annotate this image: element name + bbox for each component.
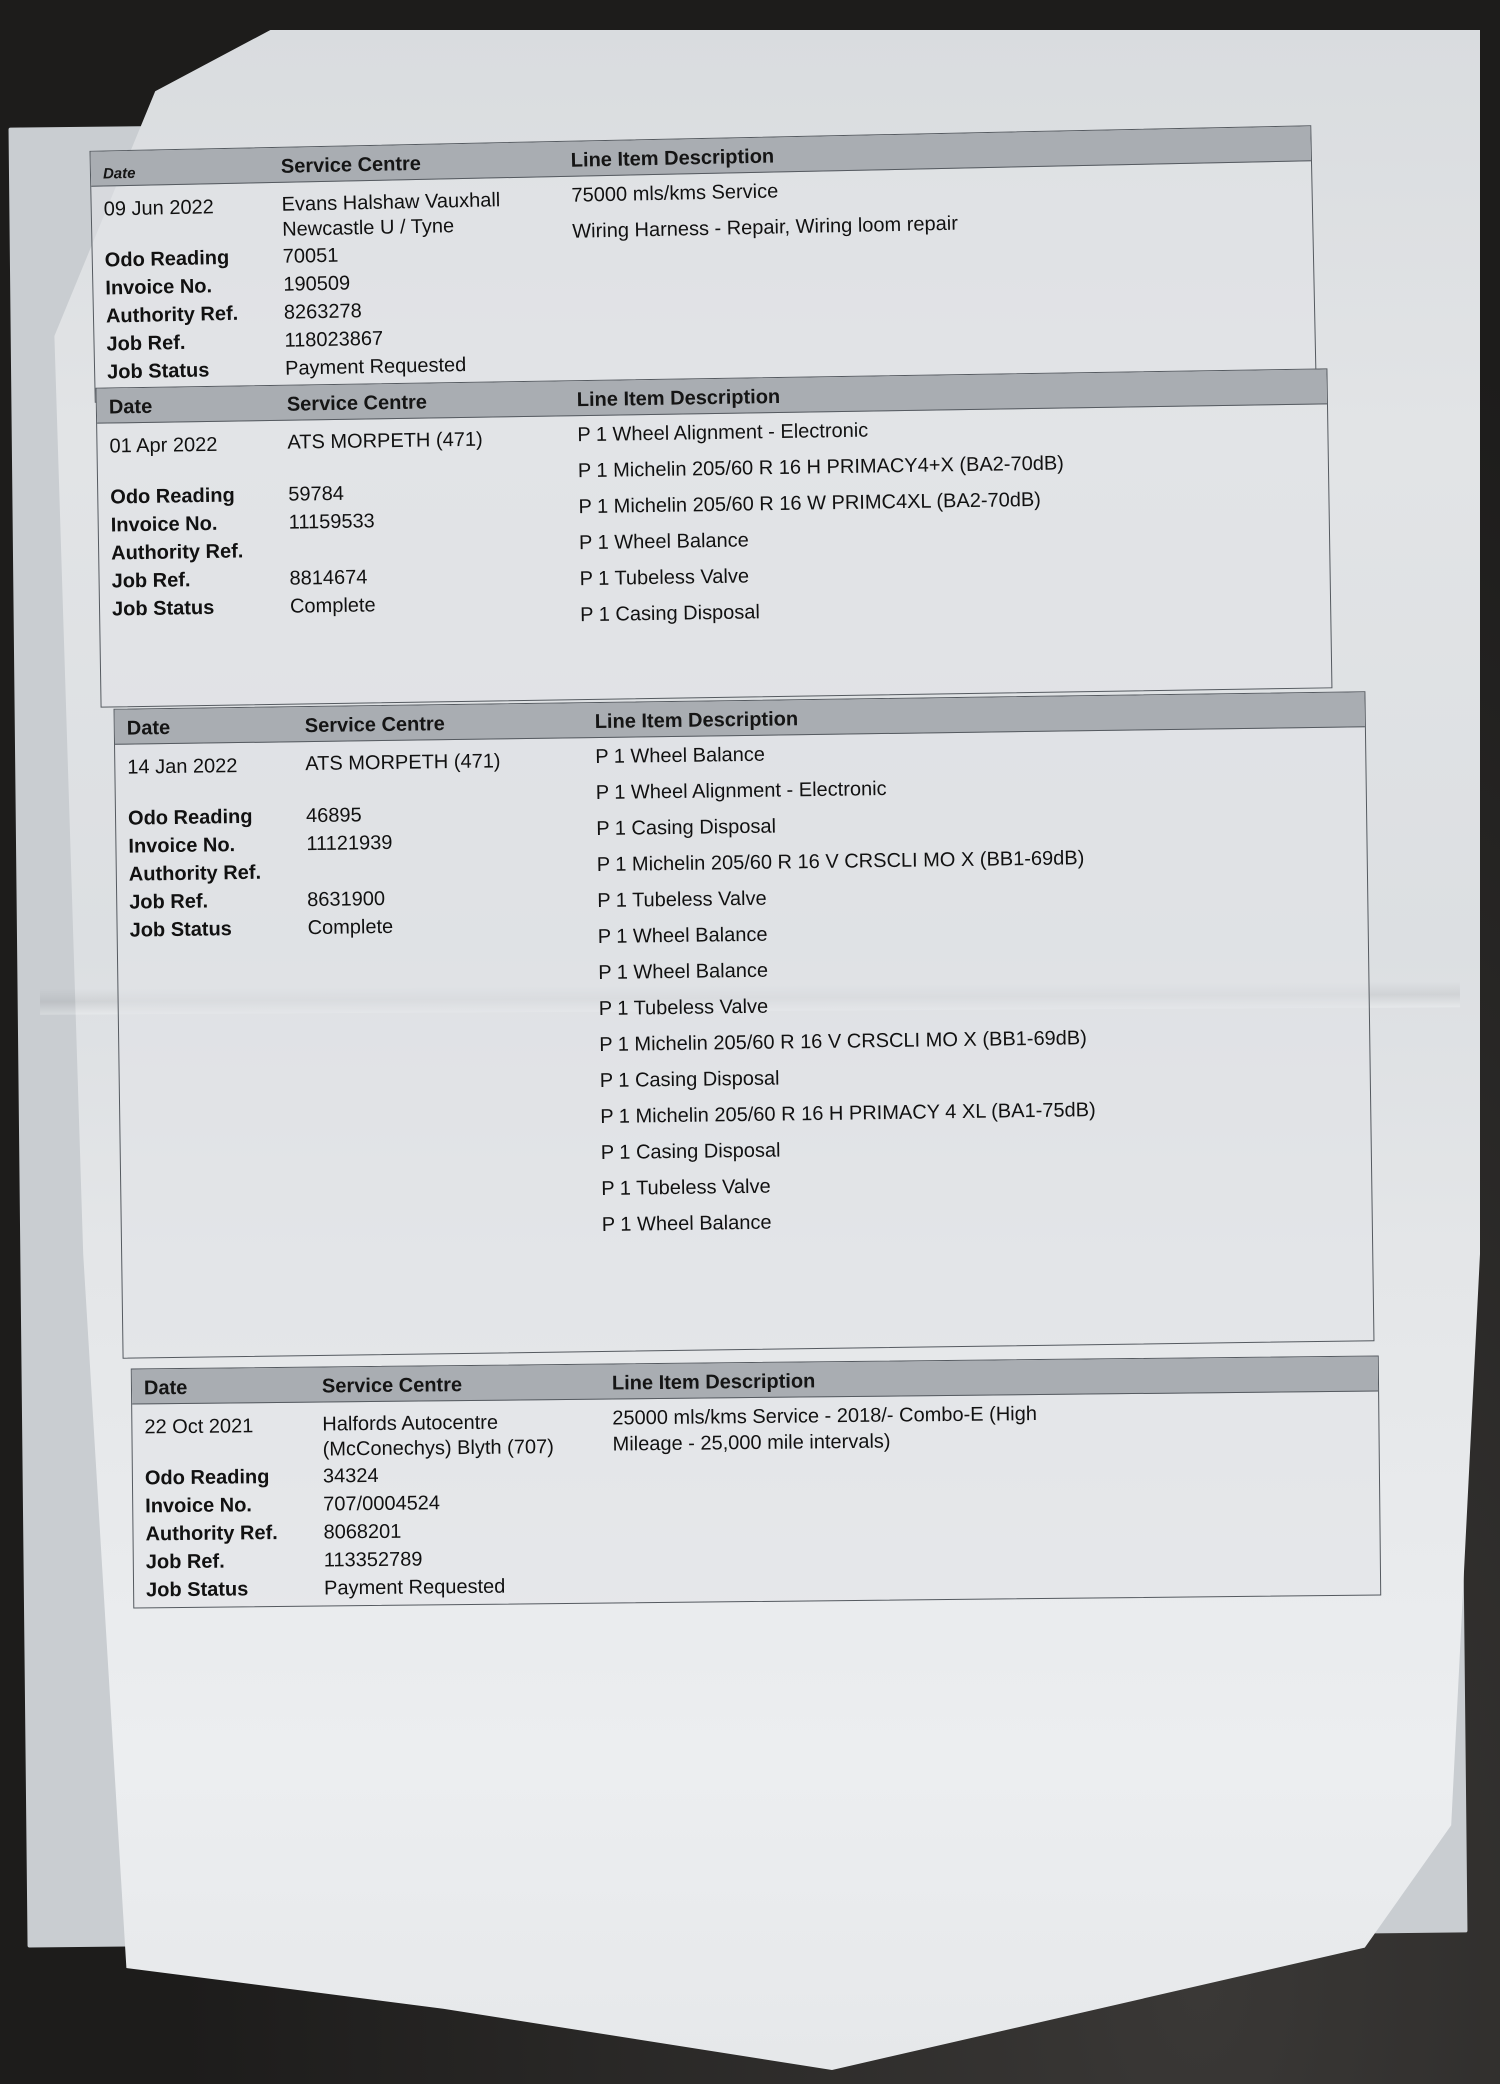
header-line-item-description: Line Item Description xyxy=(571,145,775,172)
record-date: 01 Apr 2022 xyxy=(109,434,217,459)
field-label: Job Status xyxy=(146,1577,324,1602)
record-service-centre: Evans Halshaw Vauxhall Newcastle U / Tyn… xyxy=(281,187,562,243)
field-value: 46895 xyxy=(306,804,362,828)
record-fields: Odo Reading59784 Invoice No.11159533 Aut… xyxy=(110,479,376,623)
line-item: P 1 Tubeless Valve xyxy=(601,1169,1101,1202)
line-item: 75000 mls/kms Service xyxy=(571,172,1071,208)
header-date: Date xyxy=(103,165,136,183)
record-fields: Odo Reading70051 Invoice No.190509 Autho… xyxy=(105,239,467,386)
service-record: Date Service Centre Line Item Descriptio… xyxy=(96,368,1333,707)
field-job-ref: Job Ref.113352789 xyxy=(146,1545,506,1577)
line-items: 25000 mls/kms Service - 2018/- Combo-E (… xyxy=(612,1400,1093,1467)
field-label: Odo Reading xyxy=(105,245,283,272)
record-date: 09 Jun 2022 xyxy=(103,196,214,221)
field-odo-reading: Odo Reading59784 xyxy=(110,479,374,511)
service-record: Date Service Centre Line Item Descriptio… xyxy=(114,691,1375,1358)
field-value: 11159533 xyxy=(289,510,375,534)
field-value: 11121939 xyxy=(306,831,392,855)
record-fields: Odo Reading34324 Invoice No.707/0004524 … xyxy=(145,1461,506,1605)
field-job-status: Job StatusComplete xyxy=(129,913,393,945)
field-job-status: Job StatusComplete xyxy=(112,591,376,623)
line-item: P 1 Michelin 205/60 R 16 H PRIMACY4+X (B… xyxy=(578,450,1078,484)
service-record: Date Service Centre Line Item Descriptio… xyxy=(89,125,1316,403)
field-label: Authority Ref. xyxy=(129,861,307,886)
field-invoice-no: Invoice No.11121939 xyxy=(128,829,392,861)
field-odo-reading: Odo Reading34324 xyxy=(145,1461,505,1493)
line-item: Wiring Harness - Repair, Wiring loom rep… xyxy=(572,208,1072,244)
line-item: P 1 Michelin 205/60 R 16 V CRSCLI MO X (… xyxy=(599,1025,1099,1058)
field-label: Job Status xyxy=(129,917,307,942)
header-service-centre: Service Centre xyxy=(305,713,445,738)
field-authority-ref: Authority Ref. xyxy=(129,857,393,889)
line-item: P 1 Wheel Balance xyxy=(598,953,1098,986)
field-label: Job Ref. xyxy=(106,329,284,356)
field-job-ref: Job Ref.8631900 xyxy=(129,885,393,917)
record-service-centre: ATS MORPETH (471) xyxy=(287,426,567,455)
field-value: 34324 xyxy=(323,1464,379,1488)
field-value: 8068201 xyxy=(323,1520,401,1544)
header-line-item-description: Line Item Description xyxy=(577,386,781,412)
line-item: P 1 Michelin 205/60 R 16 H PRIMACY 4 XL … xyxy=(600,1097,1100,1130)
field-label: Job Status xyxy=(107,357,285,384)
line-item: P 1 Michelin 205/60 R 16 W PRIMC4XL (BA2… xyxy=(578,486,1078,520)
line-item: P 1 Wheel Alignment - Electronic xyxy=(596,773,1096,806)
field-label: Authority Ref. xyxy=(111,539,289,565)
field-job-ref: Job Ref.8814674 xyxy=(111,563,375,595)
line-items: P 1 Wheel Alignment - ElectronicP 1 Mich… xyxy=(577,414,1080,638)
line-items: P 1 Wheel BalanceP 1 Wheel Alignment - E… xyxy=(595,737,1102,1248)
line-item: P 1 Tubeless Valve xyxy=(599,989,1099,1022)
record-service-centre: Halfords Autocentre (McConechys) Blyth (… xyxy=(322,1410,603,1463)
field-value: 8631900 xyxy=(307,888,385,912)
header-date: Date xyxy=(144,1377,188,1400)
field-label: Invoice No. xyxy=(105,273,283,300)
field-odo-reading: Odo Reading46895 xyxy=(128,801,392,833)
field-label: Odo Reading xyxy=(128,805,306,830)
field-label: Invoice No. xyxy=(128,833,306,858)
field-label: Authority Ref. xyxy=(106,301,284,328)
field-label: Odo Reading xyxy=(110,483,288,509)
field-value: 70051 xyxy=(283,244,339,268)
line-item: P 1 Wheel Balance xyxy=(595,737,1095,770)
line-item: P 1 Casing Disposal xyxy=(580,594,1080,628)
field-invoice-no: Invoice No.11159533 xyxy=(111,507,375,539)
field-job-status: Job StatusPayment Requested xyxy=(146,1573,506,1605)
line-item: P 1 Wheel Alignment - Electronic xyxy=(577,414,1077,448)
field-label: Odo Reading xyxy=(145,1465,323,1490)
line-item: P 1 Casing Disposal xyxy=(601,1133,1101,1166)
header-date: Date xyxy=(109,396,153,420)
field-label: Invoice No. xyxy=(145,1493,323,1518)
field-value: 8814674 xyxy=(289,566,367,590)
line-item: P 1 Casing Disposal xyxy=(600,1061,1100,1094)
line-item: 25000 mls/kms Service - 2018/- Combo-E (… xyxy=(612,1400,1093,1457)
field-label: Job Ref. xyxy=(146,1549,324,1574)
header-service-centre: Service Centre xyxy=(281,153,422,179)
field-invoice-no: Invoice No.707/0004524 xyxy=(145,1489,505,1521)
field-value: 190509 xyxy=(283,272,350,296)
line-item: P 1 Wheel Balance xyxy=(602,1205,1102,1238)
header-line-item-description: Line Item Description xyxy=(612,1370,816,1395)
line-item: P 1 Wheel Balance xyxy=(598,917,1098,950)
field-label: Job Ref. xyxy=(111,567,289,593)
record-date: 14 Jan 2022 xyxy=(127,755,237,780)
line-item: P 1 Tubeless Valve xyxy=(579,558,1079,592)
field-value: Payment Requested xyxy=(324,1575,505,1600)
field-value: 118023867 xyxy=(284,327,383,352)
field-value: Complete xyxy=(307,915,393,939)
field-label: Job Ref. xyxy=(129,889,307,914)
field-value: Complete xyxy=(290,594,376,618)
field-value: 59784 xyxy=(288,482,344,506)
line-items: 75000 mls/kms ServiceWiring Harness - Re… xyxy=(571,172,1072,254)
header-service-centre: Service Centre xyxy=(322,1374,462,1398)
field-value: 707/0004524 xyxy=(323,1492,440,1516)
header-line-item-description: Line Item Description xyxy=(595,708,799,734)
field-authority-ref: Authority Ref. xyxy=(111,535,375,567)
field-label: Job Status xyxy=(112,595,290,621)
record-date: 22 Oct 2021 xyxy=(144,1415,253,1439)
line-item: P 1 Wheel Balance xyxy=(579,522,1079,556)
field-value: 8263278 xyxy=(284,300,362,325)
field-value: Payment Requested xyxy=(285,353,467,380)
line-item: P 1 Tubeless Valve xyxy=(597,881,1097,914)
field-label: Invoice No. xyxy=(111,511,289,537)
header-date: Date xyxy=(127,717,171,741)
record-fields: Odo Reading46895 Invoice No.11121939 Aut… xyxy=(128,801,394,945)
record-service-centre: ATS MORPETH (471) xyxy=(305,748,585,777)
line-item: P 1 Casing Disposal xyxy=(596,809,1096,842)
field-label: Authority Ref. xyxy=(145,1521,323,1546)
service-record: Date Service Centre Line Item Descriptio… xyxy=(131,1355,1381,1608)
header-service-centre: Service Centre xyxy=(287,391,427,416)
field-authority-ref: Authority Ref.8068201 xyxy=(145,1517,505,1549)
line-item: P 1 Michelin 205/60 R 16 V CRSCLI MO X (… xyxy=(597,845,1097,878)
field-value: 113352789 xyxy=(324,1548,423,1572)
